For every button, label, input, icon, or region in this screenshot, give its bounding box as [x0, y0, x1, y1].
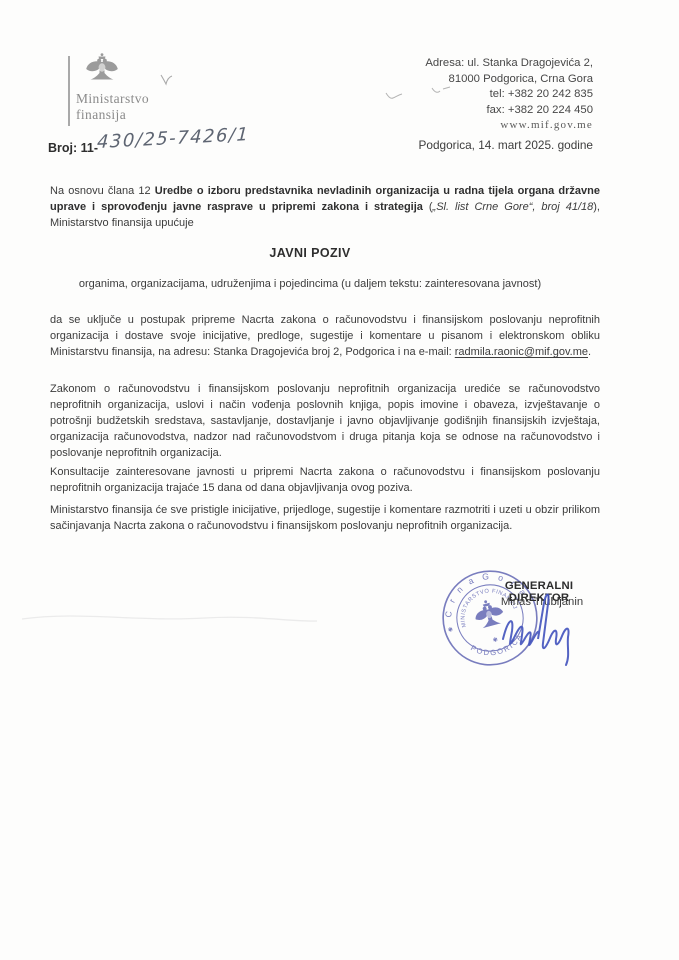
- scanned-letter-page: Ministarstvo finansija Adresa: ul. Stank…: [0, 0, 679, 960]
- pen-mark-icon: [157, 72, 175, 88]
- place-and-date-line: Podgorica, 14. mart 2025. godine: [419, 138, 593, 152]
- intro-official-gazette: „Sl. list Crne Gore“, broj 41/18: [433, 201, 594, 213]
- svg-text:✱: ✱: [447, 626, 454, 634]
- paragraph-law-scope: Zakonom o računovodstvu i finansijskom p…: [50, 381, 600, 461]
- paragraph-inclusion: da se uključe u postupak pripreme Nacrta…: [50, 312, 600, 360]
- addressees-line: organima, organizacijama, udruženjima i …: [50, 278, 570, 290]
- address-street: Adresa: ul. Stanka Dragojevića 2,: [425, 56, 593, 72]
- ministry-name: Ministarstvo finansija: [76, 91, 149, 122]
- address-tel: tel: +382 20 242 835: [425, 87, 593, 103]
- public-call-title: JAVNI POZIV: [50, 246, 570, 260]
- pen-mark-icon: [384, 90, 404, 102]
- address-fax: fax: +382 20 224 450: [425, 103, 593, 119]
- website-url: www.mif.gov.me: [425, 118, 593, 134]
- address-city: 81000 Podgorica, Crna Gora: [425, 72, 593, 88]
- address-block: Adresa: ul. Stanka Dragojevića 2, 81000 …: [425, 56, 593, 134]
- paragraph-consideration: Ministarstvo finansija će sve pristigle …: [50, 502, 600, 534]
- montenegro-coat-of-arms-icon: [84, 52, 120, 86]
- intro-segment-3: (: [423, 201, 433, 213]
- header-divider-line: [68, 56, 70, 126]
- signature-scribble-icon: [495, 577, 607, 673]
- paragraph-consultations: Konsultacije zainteresovane javnosti u p…: [50, 464, 600, 496]
- reference-number-handwritten: 430/25-7426/1: [96, 124, 250, 153]
- ministry-name-line2: finansija: [76, 107, 149, 123]
- intro-paragraph: Na osnovu člana 12 Uredbe o izboru preds…: [50, 183, 600, 231]
- paragraph-inclusion-end: .: [588, 346, 591, 358]
- intro-segment-1: Na osnovu člana 12: [50, 185, 155, 197]
- scan-crease-line: [20, 606, 320, 628]
- reference-number-label: Broj: 11-: [48, 141, 98, 155]
- contact-email: radmila.raonic@mif.gov.me: [455, 346, 588, 358]
- ministry-name-line1: Ministarstvo: [76, 91, 149, 107]
